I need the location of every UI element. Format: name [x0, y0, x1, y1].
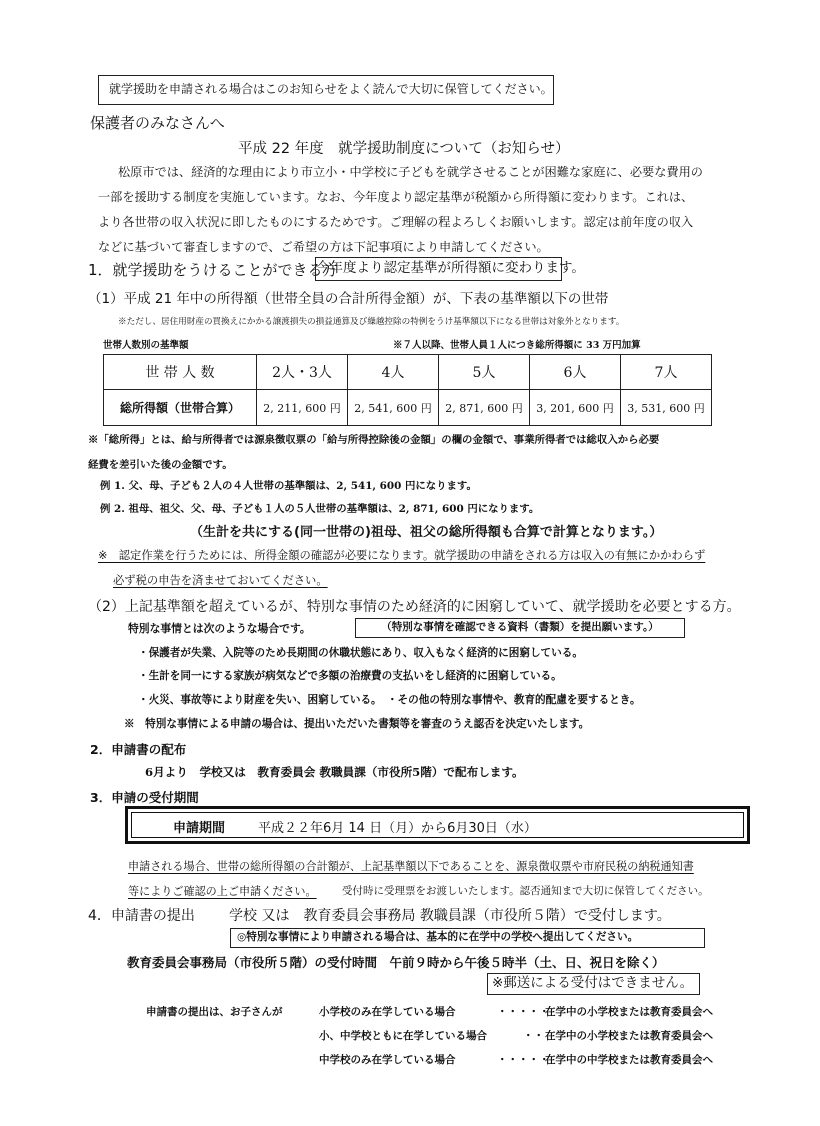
submit-dots-1: ・・・・・ [497, 1004, 550, 1019]
section1-sub2: （2）上記基準額を超えているが、特別な事情のため経済的に困窮していて、就学援助を… [88, 596, 741, 616]
submit-intro: 申請書の提出は、お子さんが [146, 1004, 283, 1019]
example-2: 例 2. 祖母、祖父、父、母、子ども１人の５人世帯の基準額は、2, 871, 6… [100, 500, 539, 515]
tax-filing-warning-line-2: 必ず税の申告を済ませておいてください。 [113, 572, 328, 588]
definition-line-2: 経費を差引いた後の金額です。 [88, 456, 233, 471]
table-header-cell: 6人 [530, 355, 621, 390]
intro-line-1: 松原市では、経済的な理由により市立小・中学校に子どもを就学させることが困難な家庭… [118, 163, 703, 180]
page-title: 平成 22 年度 就学援助制度について（お知らせ） [238, 137, 569, 158]
table-header-cell: 世 帯 人 数 [104, 355, 257, 390]
table-cell: 2, 871, 600 円 [439, 390, 530, 426]
intro-line-4: などに基づいて審査しますので、ご希望の方は下記事項により申請してください。 [98, 238, 549, 255]
section1-sub1: （1）平成 21 年中の所得額（世帯全員の合計所得金額）が、下表の基準額以下の世… [88, 287, 608, 307]
distribution-text: 6月より 学校又は 教育委員会 教職員課（市役所5階）で配布します。 [145, 764, 524, 780]
submit-case-1: 小学校のみ在学している場合 [319, 1004, 456, 1019]
application-period-box: 申請期間 平成２２年6月 14 日（月）から6月30日（水） [125, 806, 750, 844]
documents-required-box: （特別な事情を確認できる資料（書類）を提出願います。） [355, 618, 685, 638]
section1-sub1-note: ※ただし、居住用財産の買換えにかかる譲渡損失の損益通算及び繰越控除の特例をうけ基… [118, 315, 624, 327]
intro-line-3: より各世帯の収入状況に即したものにするためです。ご理解の程よろしくお願いします。… [98, 213, 693, 230]
submit-dest-1: 在学中の小学校または教育委員会へ [545, 1004, 713, 1019]
special-cases-intro: 特別な事情とは次のような場合です。 [128, 621, 311, 636]
definition-line-1: ※「総所得」とは、給与所得者では源泉徴収票の「給与所得控除後の金額」の欄の金額で… [88, 431, 659, 446]
section3-heading: 3．申請の受付期間 [90, 788, 199, 806]
submit-dest-2: 在学中の小学校または教育委員会へ [545, 1028, 713, 1043]
table-cell: 3, 201, 600 円 [530, 390, 621, 426]
example-1: 例 1. 父、母、子ども２人の４人世帯の基準額は、2, 541, 600 円にな… [100, 477, 477, 492]
table-header-row: 世 帯 人 数 2人・3人 4人 5人 6人 7人 [104, 355, 712, 390]
office-hours: 教育委員会事務局（市役所５階）の受付時間 午前９時から午後５時半（土、日、祝日を… [127, 953, 665, 971]
criteria-change-box: 今年度より認定基準が所得額に変わります。 [315, 257, 562, 281]
special-case-bullet-3: ・火災、事故等により財産を失い、困窮している。 ・その他の特別な事情や、教育的配… [138, 692, 641, 707]
table-cell: 2, 211, 600 円 [257, 390, 348, 426]
submit-case-3: 中学校のみ在学している場合 [319, 1052, 456, 1067]
receipt-note: 受付時に受理票をお渡しいたします。認否通知まで大切に保管してください。 [342, 883, 709, 898]
table-cell: 3, 531, 600 円 [621, 390, 712, 426]
special-case-review-note: ※ 特別な事情による申請の場合は、提出いただいた書類等を審査のうえ認否を決定いた… [124, 716, 589, 731]
household-note: （生計を共にする(同一世帯の)祖母、祖父の総所得額も合算で計算となります。） [190, 521, 662, 540]
submit-dots-3: ・・・・・ [497, 1052, 550, 1067]
table-note: ※７人以降、世帯人員１人につき総所得額に 33 万円加算 [393, 337, 641, 351]
table-row: 総所得額（世帯合算） 2, 211, 600 円 2, 541, 600 円 2… [104, 390, 712, 426]
table-header-cell: 7人 [621, 355, 712, 390]
section1-heading: 1．就学援助をうけることができる方 [88, 259, 338, 280]
submit-case-2: 小、中学校ともに在学している場合 [319, 1028, 487, 1043]
no-mail-box: ※郵送による受付はできません。 [487, 973, 700, 995]
section4-heading: 4．申請書の提出 [88, 905, 195, 925]
table-header-cell: 5人 [439, 355, 530, 390]
tax-filing-warning-line-1: ※ 認定作業を行うためには、所得金額の確認が必要になります。就学援助の申請をされ… [98, 547, 705, 563]
submit-dots-2: ・・ [523, 1028, 544, 1043]
special-submission-box: ◎特別な事情により申請される場合は、基本的に在学中の学校へ提出してください。 [230, 928, 705, 948]
submit-dest-3: 在学中の中学校または教育委員会へ [545, 1052, 713, 1067]
table-caption: 世帯人数別の基準額 [103, 337, 189, 351]
income-confirmation-line-1: 申請される場合、世帯の総所得額の合計額が、上記基準額以下であることを、源泉徴収票… [128, 858, 694, 874]
greeting: 保護者のみなさんへ [90, 112, 225, 133]
section4-heading-body: 学校 又は 教育委員会事務局 教職員課（市役所５階）で受付します。 [229, 905, 671, 925]
notice-box: 就学援助を申請される場合はこのお知らせをよく読んで大切に保管してください。 [98, 75, 554, 105]
intro-line-2: 一部を援助する制度を実施しています。なお、今年度より認定基準が税額から所得額に変… [98, 188, 693, 205]
table-cell: 2, 541, 600 円 [348, 390, 439, 426]
table-row-label: 総所得額（世帯合算） [104, 390, 257, 426]
income-confirmation-line-2: 等によりご確認の上ご申請ください。 [128, 883, 317, 899]
income-threshold-table: 世 帯 人 数 2人・3人 4人 5人 6人 7人 総所得額（世帯合算） 2, … [103, 354, 712, 426]
application-period-label: 申請期間 [173, 817, 225, 836]
application-period-value: 平成２２年6月 14 日（月）から6月30日（水） [258, 817, 537, 836]
section2-heading: 2．申請書の配布 [90, 740, 186, 758]
special-case-bullet-1: ・保護者が失業、入院等のため長期間の休職状態にあり、収入もなく経済的に困窮してい… [138, 645, 583, 660]
table-header-cell: 4人 [348, 355, 439, 390]
special-case-bullet-2: ・生計を同一にする家族が病気などで多額の治療費の支払いをし経済的に困窮している。 [138, 668, 562, 683]
table-header-cell: 2人・3人 [257, 355, 348, 390]
